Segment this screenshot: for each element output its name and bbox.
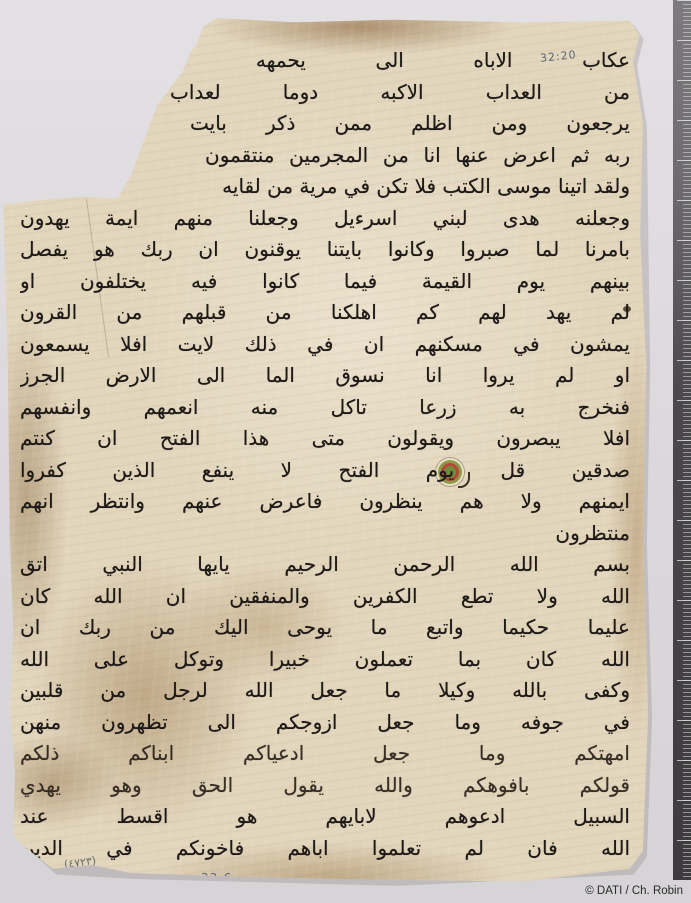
copyright-caption: © DATI / Ch. Robin [585,885,683,897]
text-line-content: السبيل ادعوهم لابايهم هو اقسط عند [20,801,630,832]
text-line-content: من العداب الاكبه دوما لعداب [170,77,630,108]
text-line-content: ولقد اتينا موسى الكتب فلا تكن في مرية من… [225,171,630,202]
text-line-basmala: بسم الله الرحمن الرحيم يايها النبي اتق [20,549,630,581]
text-line-content: الله ولا تطع الكفرين والمنفقين ان الله ك… [20,581,630,612]
text-line: منتظرون [20,518,630,550]
text-line: قولكم بافوهكم والله يقول الحق وهو يهدي [20,770,630,802]
text-line-content: الله كان بما تعملون خبيرا وتوكل على الله [20,644,630,675]
text-line: وكفى بالله وكيلا ما جعل الله لرجل من قلب… [20,675,630,707]
text-line-content: عليما حكيما واتبع ما يوحى اليك من ربك ان [20,612,630,643]
text-line-content: الله فان لم تعلموا اباهم فاخونكم في الدي… [20,833,630,864]
text-line: الله ولا تطع الكفرين والمنفقين ان الله ك… [20,581,630,613]
text-line-content: وجعلنه هدى لبني اسرءيل وجعلنا منهم ايمة … [20,203,630,234]
text-line-content: بينهم يوم القيمة فيما كانوا فيه يختلفون … [20,266,630,297]
text-line: صدقين قل يوم الفتح لا ينفع الذين كفروا [20,455,630,487]
text-line: الله كان بما تعملون خبيرا وتوكل على الله [20,644,630,676]
text-line: فنخرج به زرعا تاكل منه انعمهم وانفسهم [20,392,630,424]
text-line-content: بامرنا لما صبروا وكانوا بايتنا يوقنون ان… [20,234,630,265]
text-line-content: لم يهد لهم كم اهلكنا من قبلهم من القرون [20,297,630,328]
text-line: الله فان لم تعلموا اباهم فاخونكم في الدي… [20,833,630,865]
text-line-content: افلا يبصرون ويقولون متى هذا الفتح ان كنت… [20,423,630,454]
text-line: ايمنهم ولا هم ينظرون فاعرض عنهم وانتظر ا… [20,486,630,518]
text-line-content: او لم يروا انا نسوق الما الى الارض الجرز [20,360,630,391]
text-line-content: ايمنهم ولا هم ينظرون فاعرض عنهم وانتظر ا… [20,486,630,517]
text-line: السبيل ادعوهم لابايهم هو اقسط عند [20,801,630,833]
text-line: افلا يبصرون ويقولون متى هذا الفتح ان كنت… [20,423,630,455]
text-line-content: يرجعون ومن اظلم ممن ذكر بايت [190,108,630,139]
text-line: وجعلنه هدى لبني اسرءيل وجعلنا منهم ايمة … [20,203,630,235]
text-line-content: عكاب الاباه الى يحمهه ولد [160,45,630,76]
measuring-ruler [673,0,691,880]
text-line: عليما حكيما واتبع ما يوحى اليك من ربك ان [20,612,630,644]
text-line-content: وكفى بالله وكيلا ما جعل الله لرجل من قلب… [20,675,630,706]
text-line-content: منتظرون [20,518,630,549]
text-line: امهتكم وما جعل ادعياكم ابناكم ذلكم [20,738,630,770]
text-line-content: ربه ثم اعرض عنها انا من المجرمين منتقمون [205,140,630,171]
text-line: في جوفه وما جعل ازوجكم الى تظهرون منهن [20,707,630,739]
text-line: او لم يروا انا نسوق الما الى الارض الجرز [20,360,630,392]
text-line-content: صدقين قل يوم الفتح لا ينفع الذين كفروا [20,455,630,486]
text-line-content: امهتكم وما جعل ادعياكم ابناكم ذلكم [20,738,630,769]
text-line: يمشون في مسكنهم ان في ذلك لايت افلا يسمع… [20,329,630,361]
text-line-content: يمشون في مسكنهم ان في ذلك لايت افلا يسمع… [20,329,630,360]
text-line: لم يهد لهم كم اهلكنا من قبلهم من القرون [20,297,630,329]
text-line-content: في جوفه وما جعل ازوجكم الى تظهرون منهن [20,707,630,738]
text-line-content: قولكم بافوهكم والله يقول الحق وهو يهدي [20,770,630,801]
text-line: بينهم يوم القيمة فيما كانوا فيه يختلفون … [20,266,630,298]
ruler-ticks [673,0,691,880]
text-line-content: فنخرج به زرعا تاكل منه انعمهم وانفسهم [20,392,630,423]
text-line: بامرنا لما صبروا وكانوا بايتنا يوقنون ان… [20,234,630,266]
text-line-content: بسم الله الرحمن الرحيم يايها النبي اتق [20,549,630,580]
